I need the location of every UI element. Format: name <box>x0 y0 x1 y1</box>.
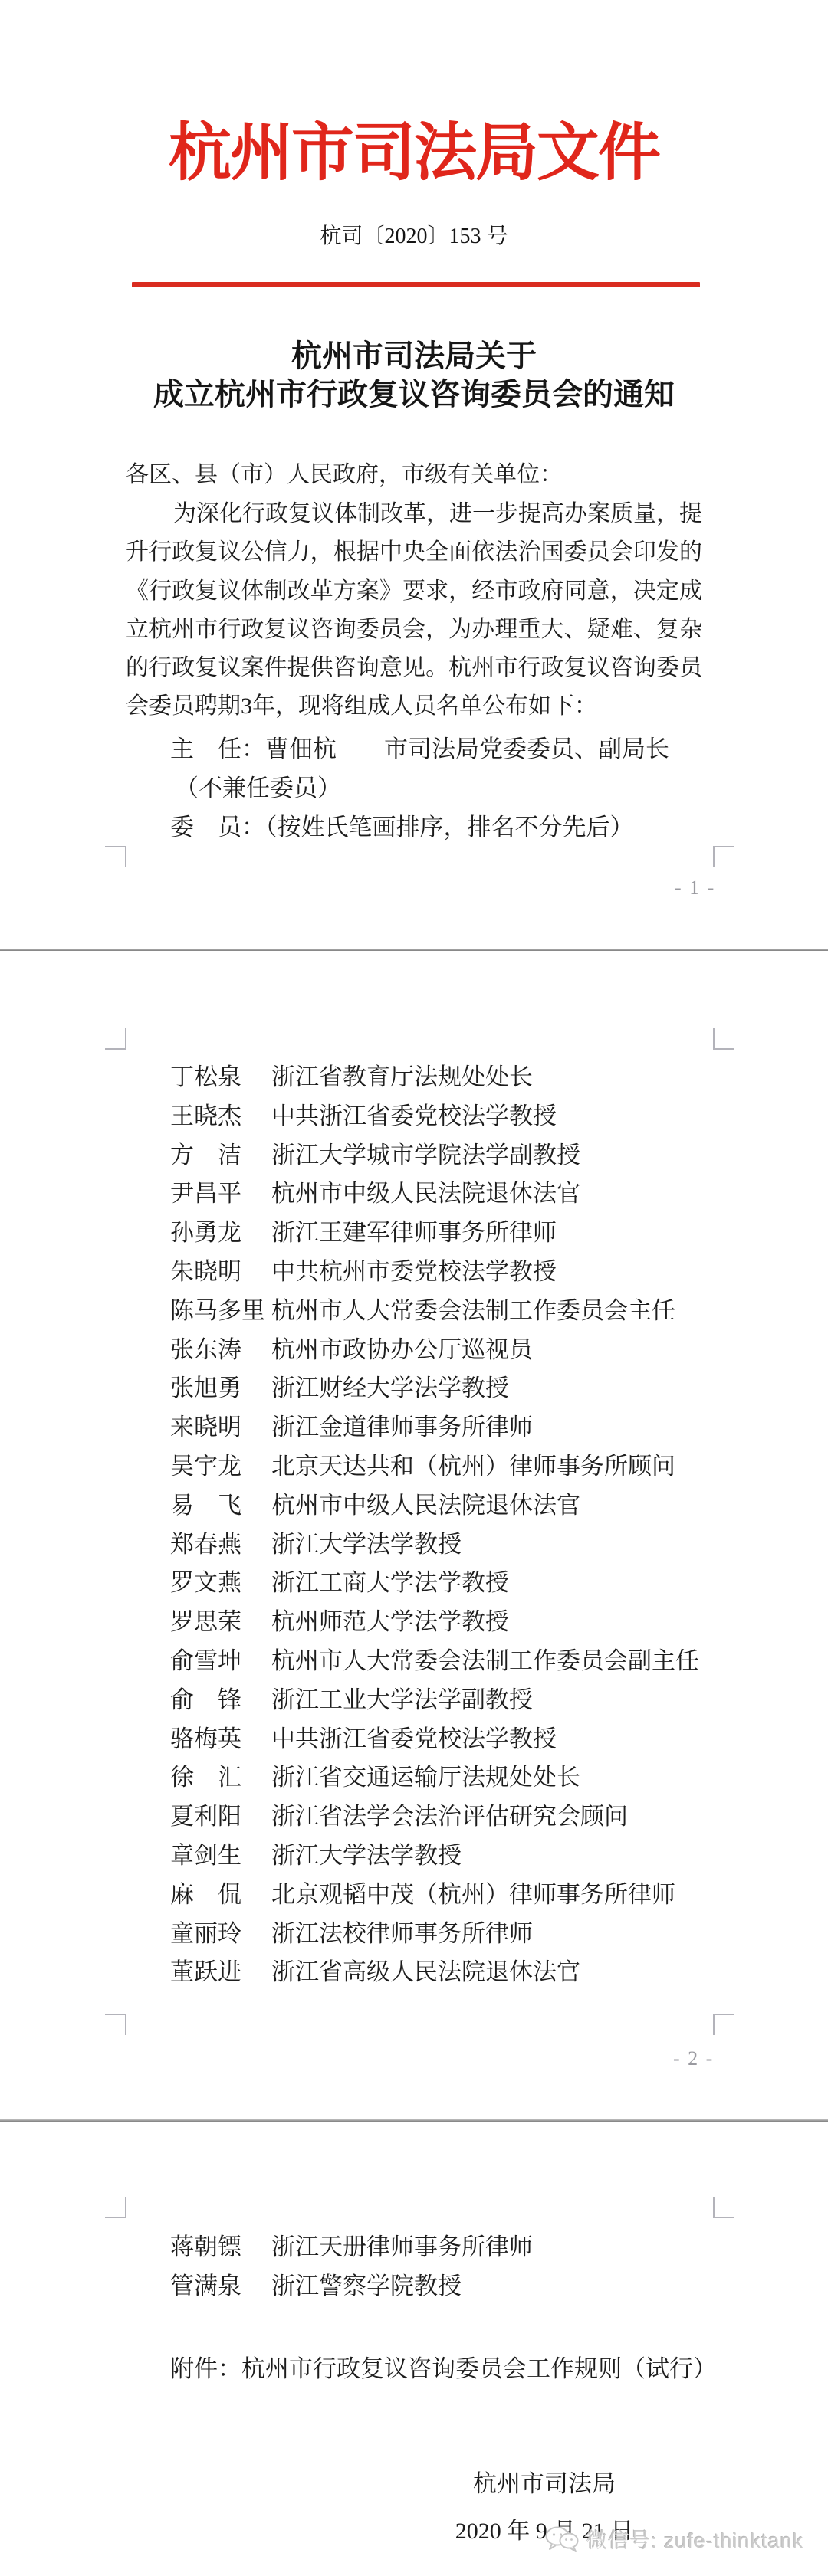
member-title: 浙江金道律师事务所律师 <box>271 1414 533 1441</box>
member-name: 吴宇龙 <box>170 1453 271 1480</box>
member-row: 夏利阳 浙江省法学会法治评估研究会顾问 <box>170 1803 699 1842</box>
member-name: 罗文燕 <box>170 1569 271 1597</box>
director-note: （不兼任委员） <box>175 769 341 803</box>
member-name: 来晓明 <box>170 1414 271 1441</box>
member-row: 骆梅英 中共浙江省委党校法学教授 <box>170 1726 699 1765</box>
cropmark-page1-bottom-right <box>713 846 734 867</box>
member-title: 杭州市人大常委会法制工作委员会副主任 <box>271 1647 699 1675</box>
member-row: 陈马多里 杭州市人大常委会法制工作委员会主任 <box>170 1297 699 1336</box>
watermark-text: 微信号: zufe-thinktank <box>586 2524 803 2554</box>
member-row: 管满泉 浙江警察学院教授 <box>170 2273 533 2312</box>
member-title: 浙江省高级人民法院退休法官 <box>271 1958 580 1986</box>
members-label: 委 员：（按姓氏笔画排序，排名不分先后） <box>170 808 634 842</box>
document-number: 杭司〔2020〕153 号 <box>0 219 828 250</box>
notice-title: 杭州市司法局关于 成立杭州市行政复议咨询委员会的通知 <box>0 337 828 414</box>
notice-title-line1: 杭州市司法局关于 <box>0 337 828 375</box>
member-row: 麻 侃 北京观韬中茂（杭州）律师事务所律师 <box>170 1881 699 1920</box>
member-row: 章剑生 浙江大学法学教授 <box>170 1842 699 1881</box>
member-row: 童丽玲 浙江法校律师事务所律师 <box>170 1920 699 1959</box>
member-name: 董跃进 <box>170 1958 271 1986</box>
member-row: 吴宇龙 北京天达共和（杭州）律师事务所顾问 <box>170 1453 699 1492</box>
member-name: 夏利阳 <box>170 1803 271 1830</box>
cropmark-page1-bottom-left <box>105 846 127 867</box>
member-title: 北京天达共和（杭州）律师事务所顾问 <box>271 1453 675 1480</box>
member-title: 浙江工商大学法学教授 <box>271 1569 509 1597</box>
member-title: 浙江省交通运输厅法规处处长 <box>271 1764 580 1791</box>
member-title: 浙江警察学院教授 <box>271 2273 462 2300</box>
member-title: 浙江法校律师事务所律师 <box>271 1920 533 1948</box>
member-name: 俞 锋 <box>170 1686 271 1714</box>
notice-title-line2: 成立杭州市行政复议咨询委员会的通知 <box>0 375 828 414</box>
member-title: 中共杭州市委党校法学教授 <box>271 1258 557 1286</box>
cropmark-page3-top-right <box>713 2197 734 2218</box>
page-separator-2 <box>0 2119 828 2122</box>
member-name: 张旭勇 <box>170 1375 271 1402</box>
page-separator-1 <box>0 949 828 951</box>
page-number-2: - 2 - <box>673 2047 714 2070</box>
member-title: 浙江财经大学法学教授 <box>271 1375 509 1402</box>
member-name: 蒋朝镖 <box>170 2234 271 2261</box>
member-name: 朱晓明 <box>170 1258 271 1286</box>
member-name: 骆梅英 <box>170 1726 271 1753</box>
member-title: 浙江王建军律师事务所律师 <box>271 1219 557 1247</box>
agency-banner: 杭州市司法局文件 <box>0 103 828 192</box>
member-title: 杭州师范大学法学教授 <box>271 1608 509 1636</box>
member-title: 浙江工业大学法学副教授 <box>271 1686 533 1714</box>
member-row: 王晓杰 中共浙江省委党校法学教授 <box>170 1103 699 1142</box>
member-name: 麻 侃 <box>170 1881 271 1909</box>
member-row: 朱晓明 中共杭州市委党校法学教授 <box>170 1258 699 1297</box>
member-title: 中共浙江省委党校法学教授 <box>271 1726 557 1753</box>
member-title: 浙江大学城市学院法学副教授 <box>271 1142 580 1169</box>
member-row: 孙勇龙 浙江王建军律师事务所律师 <box>170 1219 699 1258</box>
member-name: 徐 汇 <box>170 1764 271 1791</box>
cropmark-page2-bottom-left <box>105 2014 127 2035</box>
member-row: 丁松泉 浙江省教育厅法规处处长 <box>170 1064 699 1103</box>
signature-agency: 杭州市司法局 <box>414 2464 675 2499</box>
member-row: 蒋朝镖 浙江天册律师事务所律师 <box>170 2234 533 2273</box>
member-name: 俞雪坤 <box>170 1647 271 1675</box>
member-row: 易 飞 杭州市中级人民法院退休法官 <box>170 1492 699 1531</box>
member-name: 罗思荣 <box>170 1608 271 1636</box>
cropmark-page3-top-left <box>105 2197 127 2218</box>
member-row: 方 洁 浙江大学城市学院法学副教授 <box>170 1142 699 1181</box>
member-name: 方 洁 <box>170 1142 271 1169</box>
document-screenshot: 杭州市司法局文件 杭司〔2020〕153 号 杭州市司法局关于 成立杭州市行政复… <box>0 0 828 2576</box>
member-title: 浙江大学法学教授 <box>271 1842 462 1870</box>
member-row: 董跃进 浙江省高级人民法院退休法官 <box>170 1958 699 1998</box>
cropmark-page2-top-right <box>713 1028 734 1050</box>
members-list-page2: 丁松泉 浙江省教育厅法规处处长 王晓杰 中共浙江省委党校法学教授 方 洁 浙江大… <box>170 1064 699 1998</box>
attachment-line: 附件：杭州市行政复议咨询委员会工作规则（试行） <box>170 2349 717 2384</box>
member-title: 浙江省教育厅法规处处长 <box>271 1064 533 1091</box>
member-title: 浙江天册律师事务所律师 <box>271 2234 533 2261</box>
member-name: 章剑生 <box>170 1842 271 1870</box>
member-title: 杭州市中级人民法院退休法官 <box>271 1492 580 1519</box>
cropmark-page2-top-left <box>105 1028 127 1050</box>
member-row: 尹昌平 杭州市中级人民法院退休法官 <box>170 1180 699 1219</box>
wechat-icon <box>544 2525 580 2553</box>
member-title: 杭州市政协办公厅巡视员 <box>271 1336 533 1364</box>
cropmark-page2-bottom-right <box>713 2014 734 2035</box>
member-title: 浙江省法学会法治评估研究会顾问 <box>271 1803 628 1830</box>
member-title: 中共浙江省委党校法学教授 <box>271 1103 557 1130</box>
body-paragraph: 为深化行政复议体制改革，进一步提高办案质量，提升行政复议公信力，根据中央全面依法… <box>126 495 702 726</box>
member-name: 尹昌平 <box>170 1180 271 1208</box>
member-row: 张东涛 杭州市政协办公厅巡视员 <box>170 1336 699 1375</box>
member-name: 童丽玲 <box>170 1920 271 1948</box>
members-list-page3: 蒋朝镖 浙江天册律师事务所律师 管满泉 浙江警察学院教授 <box>170 2234 533 2312</box>
member-name: 孙勇龙 <box>170 1219 271 1247</box>
member-row: 罗思荣 杭州师范大学法学教授 <box>170 1608 699 1647</box>
member-name: 管满泉 <box>170 2273 271 2300</box>
member-name: 张东涛 <box>170 1336 271 1364</box>
member-name: 易 飞 <box>170 1492 271 1519</box>
member-row: 郑春燕 浙江大学法学教授 <box>170 1531 699 1570</box>
member-row: 罗文燕 浙江工商大学法学教授 <box>170 1569 699 1608</box>
page-number-1: - 1 - <box>675 877 715 900</box>
member-name: 丁松泉 <box>170 1064 271 1091</box>
member-row: 张旭勇 浙江财经大学法学教授 <box>170 1375 699 1414</box>
member-row: 俞雪坤 杭州市人大常委会法制工作委员会副主任 <box>170 1647 699 1686</box>
member-title: 杭州市中级人民法院退休法官 <box>271 1180 580 1208</box>
member-title: 杭州市人大常委会法制工作委员会主任 <box>271 1297 675 1325</box>
member-title: 北京观韬中茂（杭州）律师事务所律师 <box>271 1881 675 1909</box>
watermark: 微信号: zufe-thinktank <box>544 2524 803 2554</box>
member-title: 浙江大学法学教授 <box>271 1531 462 1558</box>
member-row: 来晓明 浙江金道律师事务所律师 <box>170 1414 699 1453</box>
member-row: 俞 锋 浙江工业大学法学副教授 <box>170 1686 699 1726</box>
member-name: 陈马多里 <box>170 1297 271 1325</box>
director-line: 主 任：曹佃杭 市司法局党委委员、副局长 <box>170 729 669 764</box>
member-row: 徐 汇 浙江省交通运输厅法规处处长 <box>170 1764 699 1803</box>
member-name: 王晓杰 <box>170 1103 271 1130</box>
salutation-line: 各区、县（市）人民政府，市级有关单位： <box>126 455 708 489</box>
red-divider-rule <box>132 282 700 287</box>
member-name: 郑春燕 <box>170 1531 271 1558</box>
